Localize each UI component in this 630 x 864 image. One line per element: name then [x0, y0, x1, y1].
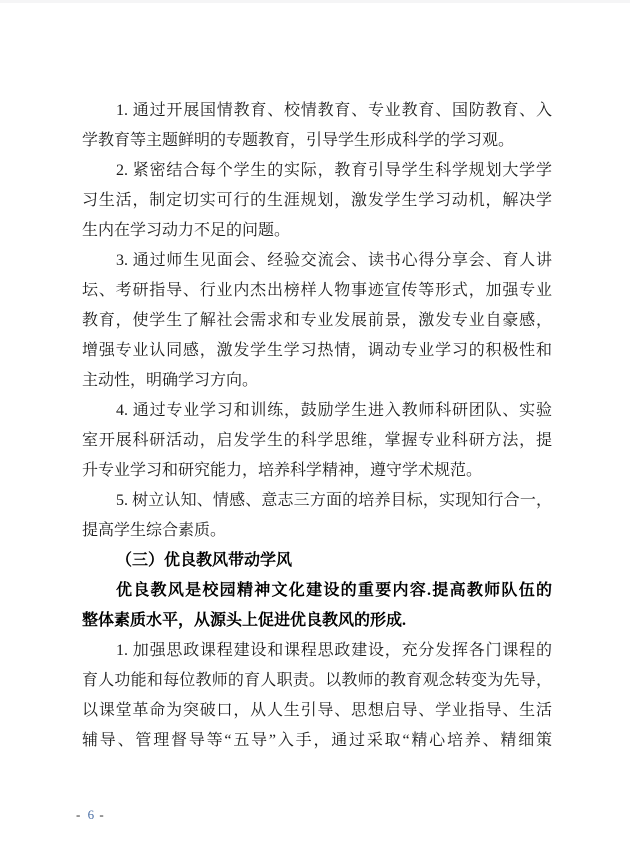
text-line: 3. 通过师生见面会、经验交流会、读书心得分享会、育人讲 [82, 246, 552, 276]
bold-lead-paragraph: 优良教风是校园精神文化建设的重要内容.提高教师队伍的 整体素质水平，从源头上促进… [82, 576, 552, 636]
paragraph-3: 3. 通过师生见面会、经验交流会、读书心得分享会、育人讲 坛、考研指导、行业内杰… [82, 246, 552, 396]
document-page: 1. 通过开展国情教育、校情教育、专业教育、国防教育、入 学教育等主题鲜明的专题… [0, 0, 630, 864]
text-line: 室开展科研活动，启发学生的科学思维，掌握专业科研方法，提 [82, 426, 552, 456]
text-line: 1. 通过开展国情教育、校情教育、专业教育、国防教育、入 [82, 96, 552, 126]
text-line: 生内在学习动力不足的问题。 [82, 216, 552, 246]
text-line: 2. 紧密结合每个学生的实际，教育引导学生科学规划大学学 [82, 156, 552, 186]
paragraph-4: 4. 通过专业学习和训练，鼓励学生进入教师科研团队、实验 室开展科研活动，启发学… [82, 396, 552, 486]
text-line: 育人功能和每位教师的育人职责。以教师的教育观念转变为先导， [82, 666, 552, 696]
text-line: 教育，使学生了解社会需求和专业发展前景，激发专业自豪感， [82, 306, 552, 336]
text-line: 习生活，制定切实可行的生涯规划，激发学生学习动机，解决学 [82, 186, 552, 216]
paragraph-6: 1. 加强思政课程建设和课程思政建设，充分发挥各门课程的 育人功能和每位教师的育… [82, 636, 552, 756]
text-line: 以课堂革命为突破口，从人生引导、思想启导、学业指导、生活 [82, 696, 552, 726]
text-line: 1. 加强思政课程建设和课程思政建设，充分发挥各门课程的 [82, 636, 552, 666]
paragraph-2: 2. 紧密结合每个学生的实际，教育引导学生科学规划大学学 习生活，制定切实可行的… [82, 156, 552, 246]
page-number-dash-left: - [76, 807, 82, 822]
text-line: 提高学生综合素质。 [82, 516, 552, 546]
document-body: 1. 通过开展国情教育、校情教育、专业教育、国防教育、入 学教育等主题鲜明的专题… [82, 96, 552, 756]
text-line: 优良教风是校园精神文化建设的重要内容.提高教师队伍的 [82, 576, 552, 606]
text-line: 增强专业认同感，激发学生学习热情，调动专业学习的积极性和 [82, 336, 552, 366]
text-line: 学教育等主题鲜明的专题教育，引导学生形成科学的学习观。 [82, 126, 552, 156]
section-heading: （三）优良教风带动学风 [82, 546, 552, 576]
text-line: 辅导、管理督导等“五导”入手，通过采取“精心培养、精细策 [82, 726, 552, 756]
paragraph-5: 5. 树立认知、情感、意志三方面的培养目标，实现知行合一， 提高学生综合素质。 [82, 486, 552, 546]
text-line: 整体素质水平，从源头上促进优良教风的形成. [82, 606, 552, 636]
section-heading-text: （三）优良教风带动学风 [82, 546, 552, 576]
text-line: 升专业学习和研究能力，培养科学精神，遵守学术规范。 [82, 456, 552, 486]
text-line: 主动性，明确学习方向。 [82, 366, 552, 396]
page-number-dash-right: - [99, 807, 105, 822]
page-number-value: 6 [88, 807, 95, 822]
text-line: 4. 通过专业学习和训练，鼓励学生进入教师科研团队、实验 [82, 396, 552, 426]
text-line: 5. 树立认知、情感、意志三方面的培养目标，实现知行合一， [82, 486, 552, 516]
paragraph-1: 1. 通过开展国情教育、校情教育、专业教育、国防教育、入 学教育等主题鲜明的专题… [82, 96, 552, 156]
page-number: - 6 - [76, 806, 106, 824]
page-top-edge [0, 0, 630, 3]
text-line: 坛、考研指导、行业内杰出榜样人物事迹宣传等形式，加强专业 [82, 276, 552, 306]
